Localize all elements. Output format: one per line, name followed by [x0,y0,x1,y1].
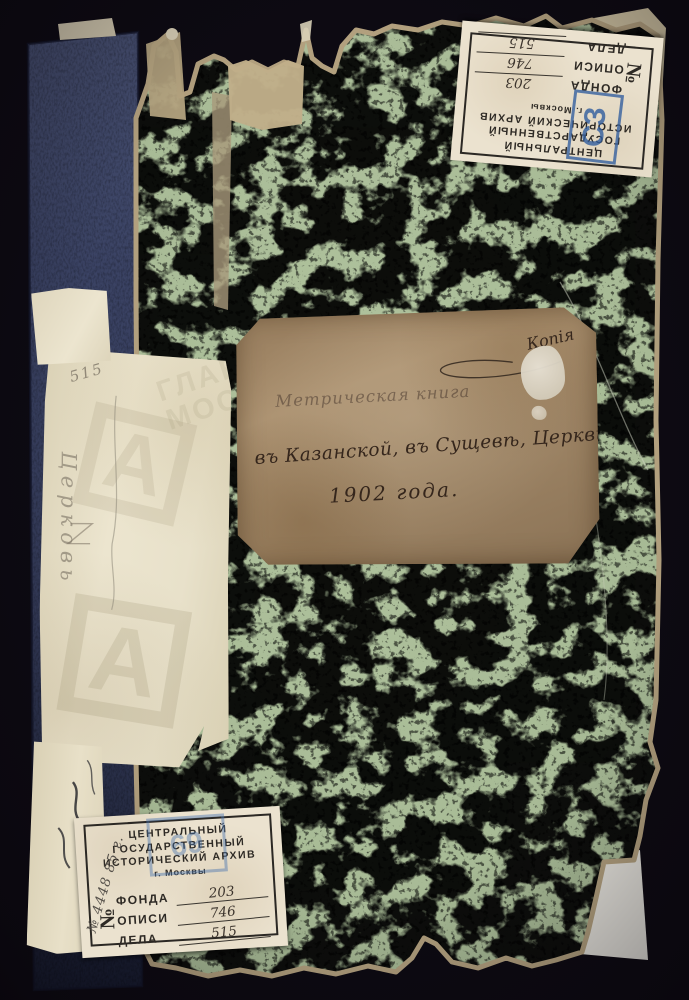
pasted-paper-sheet: ГЛАВАРХИВ МОСКВЫ А А 515 Церковь [39,351,232,767]
paint-spot [520,345,565,400]
title-label: Копія Метрическая книга въ Казанской, въ… [234,307,600,569]
delo-label: ДЕЛА [118,930,179,948]
stamp-top-text: СЗ [576,106,613,149]
stamp-bottom-text: 69 [168,825,207,864]
fond-value: 203 [474,72,563,93]
archive-label-top: ЦЕНТРАЛЬНЫЙ ГОСУДАРСТВЕННЫЙ ИСТОРИЧЕСКИЙ… [450,20,663,177]
blue-ink-stamp-bottom: 69 [146,813,228,876]
title-line-1: Метрическая книга [275,382,471,411]
opis-value: 746 [476,52,565,73]
delo-value: 515 [477,32,566,53]
title-line-2: въ Казанской, въ Сущевѣ, Церкви [254,423,609,469]
title-line-3: 1902 года. [328,477,459,508]
archive-label-border: ЦЕНТРАЛЬНЫЙ ГОСУДАРСТВЕННЫЙ ИСТОРИЧЕСКИЙ… [460,32,654,170]
book-cover-photo: ГЛАВАРХИВ МОСКВЫ А А 515 Церковь Копія М… [0,0,689,1000]
paper-strip-top [31,287,111,365]
blue-ink-stamp-top: СЗ [566,89,624,165]
archive-reference-rows: № ФОНДА 203 ОПИСИ 746 ДЕЛА 515 [473,30,646,104]
delo-label: ДЕЛА [565,38,626,57]
archive-reference-rows: № ФОНДА 203 ОПИСИ 746 ДЕЛА 515 [95,878,270,948]
pencil-scribbles [39,351,232,767]
paint-spot-small [531,406,546,420]
